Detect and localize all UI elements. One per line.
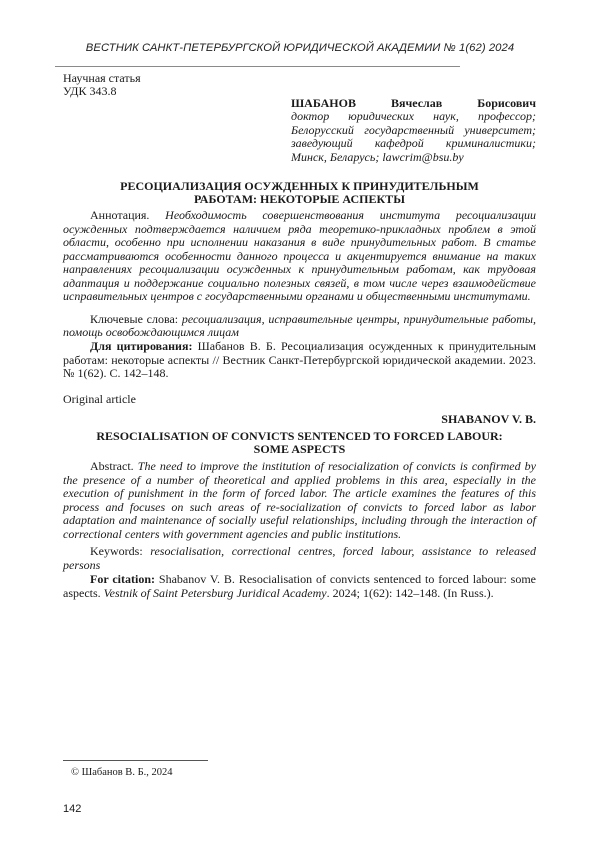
header-divider [55,66,460,67]
title-ru-line-2: РАБОТАМ: НЕКОТОРЫЕ АСПЕКТЫ [63,193,536,206]
author-name-ru: ШАБАНОВ Вячеслав Борисович [291,97,536,110]
article-meta: Научная статья УДК 343.8 [63,72,141,99]
title-en-line-2: SOME ASPECTS [63,443,536,456]
author-info-ru: ШАБАНОВ Вячеслав Борисович доктор юридич… [291,97,536,164]
author-name-en: SHABANOV V. B. [63,413,536,426]
author-degree: доктор юридических наук, профессор; [291,110,536,123]
abstract-en-text: The need to improve the institution of r… [63,459,536,541]
author-location-email: Минск, Беларусь; lawcrim@bsu.by [291,151,536,164]
citation-en: For citation: Shabanov V. B. Resocialisa… [63,573,536,600]
keywords-en: Keywords: resocialisation, correctional … [63,545,536,572]
citation-en-label: For citation: [90,572,155,586]
citation-en-details: . 2024; 1(62): 142–148. (In Russ.). [327,586,494,600]
article-title-ru: РЕСОЦИАЛИЗАЦИЯ ОСУЖДЕННЫХ К ПРИНУДИТЕЛЬН… [63,180,536,207]
title-ru-line-1: РЕСОЦИАЛИЗАЦИЯ ОСУЖДЕННЫХ К ПРИНУДИТЕЛЬН… [63,180,536,193]
citation-ru: Для цитирования: Шабанов В. Б. Ресоциали… [63,340,536,381]
keywords-en-label: Keywords: [90,544,143,558]
abstract-ru-label: Аннотация. [90,208,149,222]
title-en-line-1: RESOCIALISATION OF CONVICTS SENTENCED TO… [63,430,536,443]
author-position: заведующий кафедрой криминалистики; [291,137,536,150]
abstract-en-label: Abstract. [90,459,134,473]
article-type-en: Original article [63,393,536,407]
article-title-en: RESOCIALISATION OF CONVICTS SENTENCED TO… [63,430,536,457]
running-header: ВЕСТНИК САНКТ-ПЕТЕРБУРГСКОЙ ЮРИДИЧЕСКОЙ … [0,42,600,54]
udc-code: УДК 343.8 [63,85,141,98]
article-type-ru: Научная статья [63,72,141,85]
citation-en-journal: Vestnik of Saint Petersburg Juridical Ac… [104,586,327,600]
author-affiliation: Белорусский государственный университет; [291,124,536,137]
keywords-ru: Ключевые слова: ресоциализация, исправит… [63,313,536,340]
copyright-footnote: © Шабанов В. Б., 2024 [71,767,172,778]
citation-ru-label: Для цитирования: [90,339,192,353]
keywords-ru-label: Ключевые слова: [90,312,178,326]
abstract-ru: Аннотация. Необходимость совершенствован… [63,209,536,304]
footnote-divider [63,760,208,761]
page-number: 142 [63,803,81,815]
abstract-en: Abstract. The need to improve the instit… [63,460,536,541]
abstract-ru-text: Необходимость совершенствования институт… [63,208,536,303]
